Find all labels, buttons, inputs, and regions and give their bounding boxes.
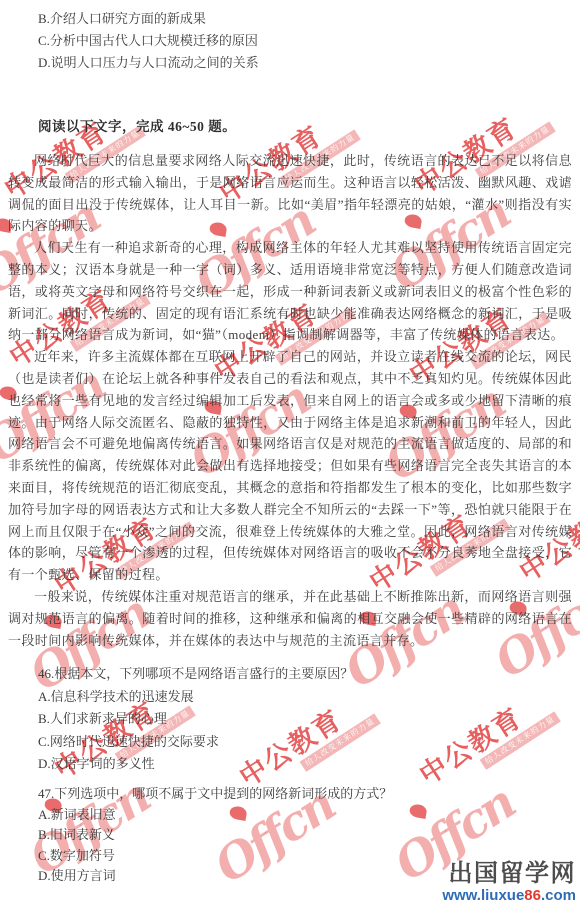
url-suffix: .com [541,887,576,904]
question-47-option-a: A.新词表旧意 [38,805,572,825]
option-label: D. [38,55,51,70]
liuxue86-site-url: www.liuxue86.com [442,887,576,904]
option-row-d: D.说明人口压力与人口流动之间的关系 [38,52,572,74]
option-label: B. [38,11,50,26]
option-label: C. [38,734,50,749]
question-46-option-a: A.信息科学技术的迅速发展 [38,686,572,708]
option-label: A. [38,689,51,704]
option-text: 使用方言词 [51,868,116,883]
option-row-b: B.介绍人口研究方面的新成果 [38,8,572,30]
question-46: 46.根据本文，下列哪项不是网络语言盛行的主要原因？ A.信息科学技术的迅速发展… [8,663,572,775]
question-47-option-b: B.旧词表新义 [38,825,572,845]
option-text: 旧词表新义 [50,827,115,842]
option-text: 数字加符号 [50,848,115,863]
liuxue86-logo[interactable]: 出国留学网 www.liuxue86.com [442,861,576,904]
option-text: 说明人口压力与人口流动之间的关系 [51,55,259,70]
passage-paragraph-4: 一般来说，传统媒体注重对规范语言的继承，并在此基础上不断推陈出新，而网络语言则强… [8,586,572,651]
option-text: 汉语字词的多义性 [51,756,155,771]
url-86-accent: 86 [524,887,541,904]
question-stem-text: 根据本文，下列哪项不是网络语言盛行的主要原因？ [54,666,353,681]
reading-instruction: 阅读以下文字，完成 46~50 题。 [38,115,572,135]
question-46-option-d: D.汉语字词的多义性 [38,753,572,775]
option-label: C. [38,33,50,48]
option-text: 新词表旧意 [51,807,116,822]
option-text: 信息科学技术的迅速发展 [51,689,194,704]
passage-paragraph-2: 人们天生有一种追求新奇的心理，构成网络主体的年轻人尤其难以坚持使用传统语言固定完… [8,237,572,346]
previous-question-options: B.介绍人口研究方面的新成果 C.分析中国古代人口大规模迁移的原因 D.说明人口… [8,8,572,74]
reading-passage: 网络时代巨大的信息量要求网络人际交流迅速快捷，此时，传统语言的表达已不足以将信息… [8,150,572,651]
passage-paragraph-1: 网络时代巨大的信息量要求网络人际交流迅速快捷，此时，传统语言的表达已不足以将信息… [8,150,572,237]
option-label: A. [38,807,51,822]
option-text: 分析中国古代人口大规模迁移的原因 [50,33,258,48]
question-number: 46. [38,666,54,681]
passage-paragraph-3: 近年来，许多主流媒体都在互联网上开辟了自己的网站，并设立读者在线交流的论坛，网民… [8,346,572,586]
question-46-stem: 46.根据本文，下列哪项不是网络语言盛行的主要原因？ [38,663,572,685]
question-47-stem: 47.下列选项中，哪项不属于文中提到的网络新词形成的方式？ [38,784,572,804]
option-label: B. [38,711,50,726]
option-label: B. [38,827,50,842]
exam-page-content: B.介绍人口研究方面的新成果 C.分析中国古代人口大规模迁移的原因 D.说明人口… [0,0,580,886]
option-label: C. [38,848,50,863]
question-number: 47. [38,786,54,801]
question-46-option-c: C.网络时代迅速快捷的交际要求 [38,731,572,753]
question-stem-text: 下列选项中，哪项不属于文中提到的网络新词形成的方式？ [54,786,392,801]
option-label: D. [38,756,51,771]
option-text: 人们求新求异的心理 [50,711,167,726]
url-prefix: www.liuxue [442,887,524,904]
question-46-option-b: B.人们求新求异的心理 [38,708,572,730]
option-label: D. [38,868,51,883]
option-text: 网络时代迅速快捷的交际要求 [50,734,219,749]
option-row-c: C.分析中国古代人口大规模迁移的原因 [38,30,572,52]
option-text: 介绍人口研究方面的新成果 [50,11,206,26]
liuxue86-site-name: 出国留学网 [442,861,576,887]
